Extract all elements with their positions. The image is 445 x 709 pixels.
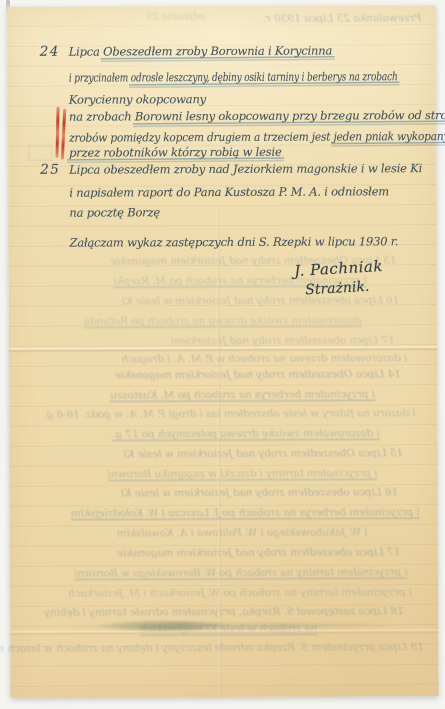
entry-24-line-4: na zrobach Borowni lesny okopcowany przy…: [69, 108, 445, 124]
bleedthrough-header: Przewalanka 25 Lipca 1930 r.: [264, 12, 422, 25]
vertical-fold-crease: [216, 206, 221, 695]
red-margin-mark: [55, 107, 59, 158]
red-margin-mark: [61, 109, 66, 160]
entry-text: i przycinałem: [69, 70, 131, 84]
horizontal-fold-crease: [10, 629, 438, 635]
signature-title: Strażnik.: [305, 278, 385, 298]
ghost-line: i W. Jakubowskiego i W. Politowa i A. Ko…: [117, 526, 368, 539]
ghost-line: 17 Lipca obeszedłem zroby nad Jeziorkiem…: [116, 546, 399, 559]
entry-text: Lipca: [69, 45, 103, 59]
underlined-text: odrosle leszczyny, dębiny osiki tarniny …: [131, 69, 398, 84]
signature-name: J. Pachniak: [294, 257, 384, 280]
ghost-line: 17 Lipca obeszedłem zroby nad Jeziorkiem: [171, 334, 395, 347]
ghost-line: 16 Lipca obeszedłem zroby nad Jeziorkiem…: [120, 486, 397, 499]
entry-24-line-3: Korycienny okopcowany: [69, 92, 206, 107]
ghost-line: 15 Lipca Obeszedłem zroby nad Jeziorkiem…: [124, 447, 404, 460]
underlined-text: Borowni lesny okopcowany przy brzegu zro…: [135, 108, 445, 124]
entry-24-line-6: przez robotników którzy robią w lesie: [69, 145, 281, 160]
entry-text: na zrobach: [69, 109, 135, 123]
ghost-line: i dozoru na futory w lesie obszedłem las…: [43, 407, 415, 421]
ghost-line: i przycinałem berberys na zrobach po J. …: [71, 506, 420, 520]
ghost-line: i przycinałem tarniny na zrobach po W. J…: [68, 586, 412, 599]
underlined-text: przez robotników którzy robią w lesie: [69, 145, 281, 160]
bleedthrough-stamp-outline: [28, 145, 52, 161]
ghost-line: 14 Lipca Obeszedłem zroby nad Jeziorkiem…: [115, 368, 401, 381]
entry-25-line-2: i napisałem raport do Pana Kustosza P. M…: [69, 184, 389, 199]
signature-block: J. Pachniak Strażnik.: [294, 257, 385, 299]
closing-note: Załączam wykaz zastępczych dni S. Rzepki…: [69, 234, 398, 249]
underlined-text: Obeszedłem zroby Borownia i Korycinna: [103, 44, 332, 59]
entry-text: na pocztę Borzę: [69, 205, 160, 219]
horizontal-fold-crease: [9, 346, 437, 352]
ghost-line: 18 Lipca zastępował S. Rzepka, przycinał…: [45, 605, 405, 619]
ghost-line: i dozorowałem drzewa na zrobach w P. M. …: [121, 352, 407, 365]
ghost-line: i przycinałem tarniny na zrobach po W. B…: [74, 566, 408, 579]
bleedthrough-pencil-note: odpisano 25: [147, 11, 205, 22]
entry-25-day-number: 25: [40, 162, 60, 178]
ghost-line: 16 Lipca obeszedłem zroby nad Jeziorkiem…: [121, 294, 398, 307]
entry-25-line-1: 25 Lipca obeszedłem zroby nad Jeziorkiem…: [69, 161, 422, 177]
ghost-line: i dozorowałem zwózkę drzewa poleconych p…: [112, 427, 379, 440]
entry-text: zrobów pomiędzy kopcem drugiem a trzecie…: [69, 130, 333, 145]
ghost-line: 19 Lipca przycinałem S. Rzepka odrosłe l…: [0, 641, 424, 655]
entry-25-line-3: na pocztę Borzę: [69, 205, 160, 219]
entry-24-line-5: zrobów pomiędzy kopcem drugiem a trzecie…: [69, 129, 445, 145]
underlined-text: jeden pniak wykopany: [333, 129, 445, 144]
entry-text: Korycienny okopcowany: [69, 92, 206, 107]
closing-text: Załączam wykaz zastępczych dni S. Rzepki…: [69, 234, 398, 249]
entry-text: i napisałem raport do Pana Kustosza P. M…: [69, 184, 389, 199]
ghost-line: dozorowałem zwózkę drzewa na zrobach po …: [84, 314, 362, 327]
entry-text: Lipca obeszedłem zroby nad Jeziorkiem ma…: [69, 161, 422, 177]
ghost-line: i przycinałem tarniny i dziczki w zagajn…: [108, 467, 378, 480]
journal-page: Przewalanka 25 Lipca 1930 r. odpisano 25…: [7, 5, 438, 698]
scan-background: Przewalanka 25 Lipca 1930 r. odpisano 25…: [0, 0, 445, 709]
entry-24-day-number: 24: [40, 44, 60, 60]
entry-24-line-1: 24 Lipca Obeszedłem zroby Borownia i Kor…: [69, 44, 332, 59]
ghost-line: i przycinałem berberys na zrobach po M. …: [110, 388, 375, 401]
entry-24-line-2: i przycinałem odrosle leszczyny, dębiny …: [69, 69, 398, 84]
